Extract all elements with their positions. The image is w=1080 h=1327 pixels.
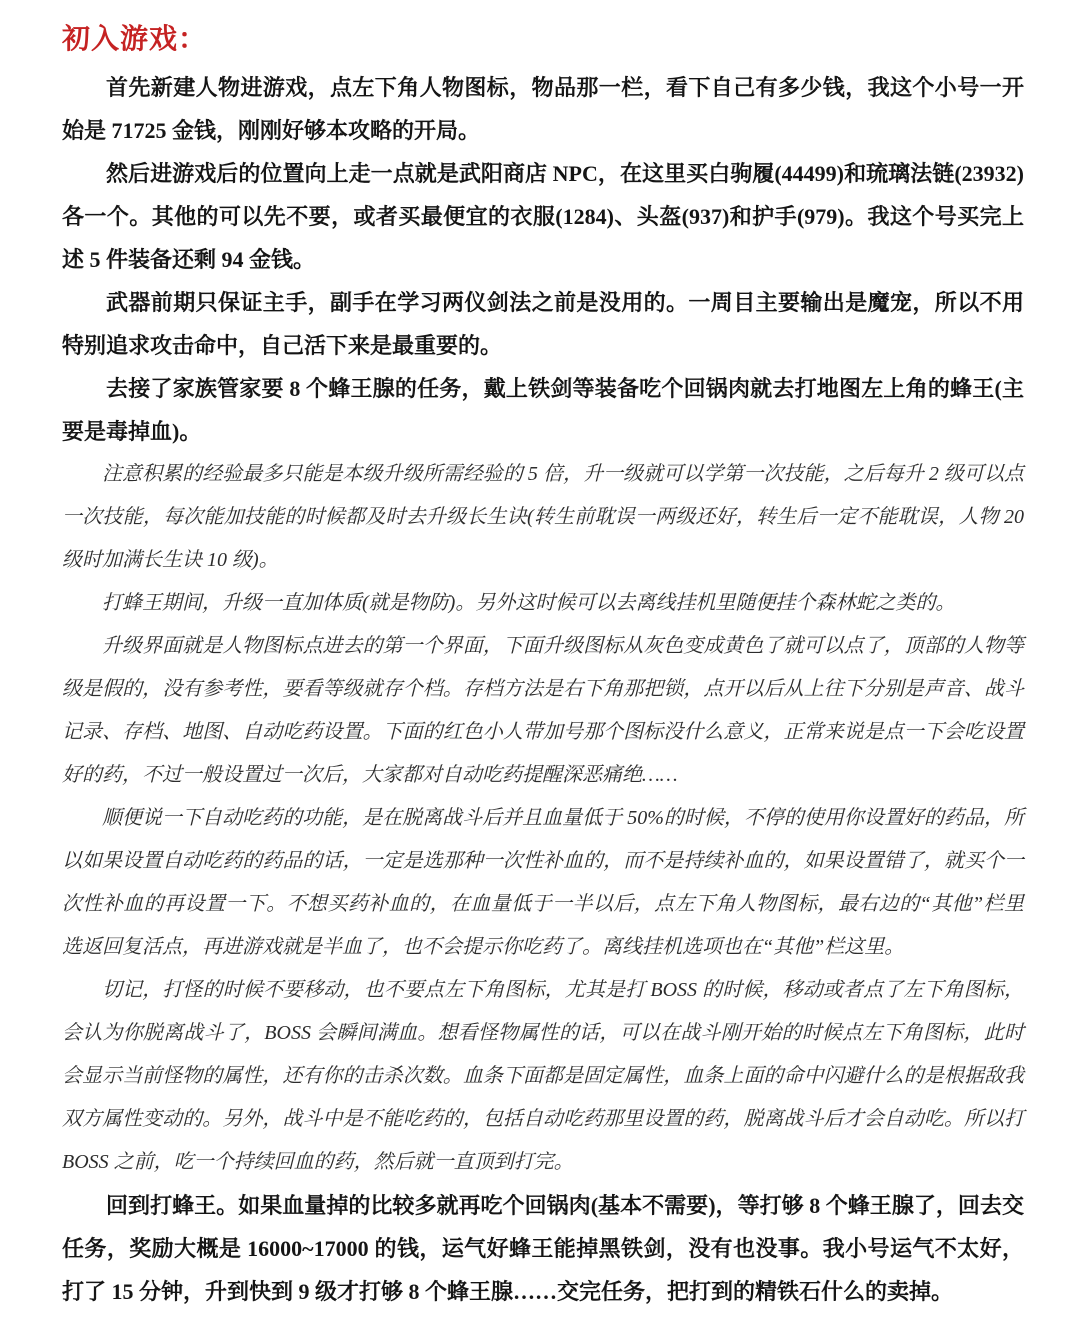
note-leveling-constitution: 打蜂王期间，升级一直加体质(就是物防)。另外这时候可以去离线挂机里随便挂个森林蛇… (62, 582, 1024, 625)
note-combat-warning: 切记，打怪的时候不要移动，也不要点左下角图标，尤其是打 BOSS 的时候，移动或… (62, 969, 1024, 1184)
note-auto-potion: 顺便说一下自动吃药的功能，是在脱离战斗后并且血量低于 50%的时候，不停的使用你… (62, 797, 1024, 969)
paragraph-return-bee-king: 回到打蜂王。如果血量掉的比较多就再吃个回锅肉(基本不需要)，等打够 8 个蜂王腺… (62, 1184, 1024, 1313)
paragraph-intro-money: 首先新建人物进游戏，点左下角人物图标，物品那一栏，看下自己有多少钱，我这个小号一… (62, 66, 1024, 152)
paragraph-weapons: 武器前期只保证主手，副手在学习两仪剑法之前是没用的。一周目主要输出是魔宠，所以不… (62, 281, 1024, 367)
paragraph-shop-npc: 然后进游戏后的位置向上走一点就是武阳商店 NPC，在这里买白驹履(44499)和… (62, 152, 1024, 281)
note-upgrade-ui-save: 升级界面就是人物图标点进去的第一个界面，下面升级图标从灰色变成黄色了就可以点了，… (62, 625, 1024, 797)
section-title: 初入游戏： (62, 22, 1024, 58)
note-experience-skills: 注意积累的经验最多只能是本级升级所需经验的 5 倍，升一级就可以学第一次技能，之… (62, 453, 1024, 582)
document-page: 初入游戏： 首先新建人物进游戏，点左下角人物图标，物品那一栏，看下自己有多少钱，… (0, 0, 1080, 1327)
paragraph-quest-bee-king: 去接了家族管家要 8 个蜂王腺的任务，戴上铁剑等装备吃个回锅肉就去打地图左上角的… (62, 367, 1024, 453)
